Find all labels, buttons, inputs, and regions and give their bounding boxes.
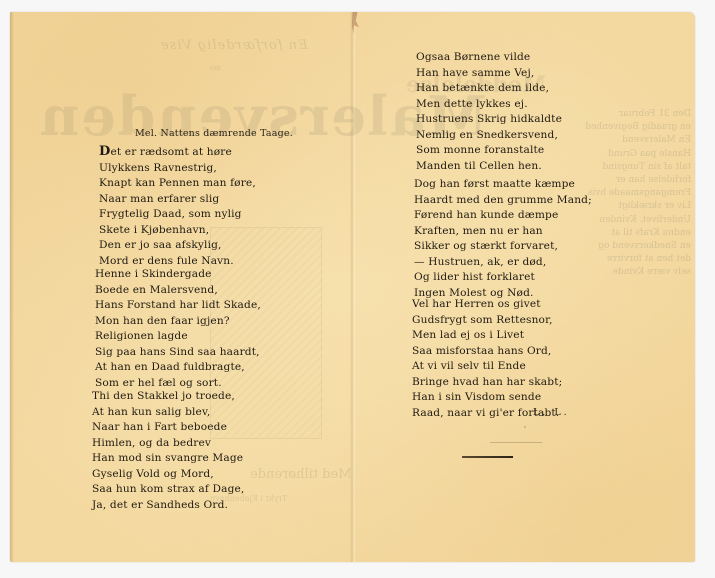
verse-line: Han i sin Visdom sende — [412, 390, 562, 406]
end-divider-rule — [462, 456, 513, 458]
verse-line: Sikker og stærkt forvaret, — [414, 239, 592, 255]
foxing-spot — [420, 87, 423, 90]
verse-line: Vel har Herren os givet — [412, 297, 562, 313]
verse-5: Dog han først maatte kæmpe Haardt med de… — [414, 177, 592, 301]
verse-4: Ogsaa Børnene vilde Han have samme Vej, … — [416, 50, 562, 174]
verse-line: Boede en Malersvend, — [95, 283, 261, 299]
verse-line: Thi den Stakkel jo troede, — [92, 389, 244, 405]
verse-line: Men lad ej os i Livet — [412, 328, 562, 344]
verse-line: Manden til Cellen hen. — [416, 159, 562, 175]
bleed-through-line: Hansle paa Grund — [571, 148, 691, 161]
verse-line: Mon han den faar igjen? — [95, 314, 261, 330]
verse-line: Hustruens Skrig hidkaldte — [416, 112, 562, 128]
bleed-through-title-small: En forfærdelig Vise — [160, 38, 308, 53]
bleed-through-line: En Malersvend — [571, 134, 691, 147]
melody-note: Mel. Nattens dæmrende Taage. — [135, 128, 293, 139]
verse-line: Hans Forstand har lidt Skade, — [95, 298, 261, 314]
verse-line: Den er jo saa afskylig, — [99, 238, 256, 254]
bleed-through-title-om: om — [210, 64, 221, 72]
verse-line: Saa misforstaa hans Ord, — [412, 344, 562, 360]
verse-line: Førend han kunde dæmpe — [414, 208, 592, 224]
verse-line: — Hustruen, ak, er død, — [414, 255, 592, 271]
verse-line: Som monne foranstalte — [416, 143, 562, 159]
verse-6: Vel har Herren os givet Gudsfrygt som Re… — [412, 297, 562, 421]
verse-line: Og lider hist forklaret — [414, 270, 592, 286]
verse-line: At han en Daad fuldbragte, — [95, 360, 261, 376]
verse-line: Religionen lagde — [95, 329, 261, 345]
verse-line: Men dette lykkes ej. — [416, 97, 562, 113]
verse-line: Henne i Skindergade — [95, 267, 261, 283]
verse-line: Gyselig Vold og Mord, — [92, 467, 244, 483]
verse-line: Ogsaa Børnene vilde — [416, 50, 562, 66]
author-signature: L. L. — [533, 407, 570, 418]
faint-divider-rule — [490, 442, 542, 443]
verse-line: At han kun salig blev, — [92, 405, 244, 421]
verse-line: Nemlig en Snedkersvend, — [416, 128, 562, 144]
left-page: En forfærdelig Vise om Malersvenden Med … — [10, 12, 350, 562]
verse-line: Sig paa hans Sind saa haardt, — [95, 345, 261, 361]
verse-line: Kraften, men nu er han — [414, 224, 592, 240]
verse-3: Thi den Stakkel jo troede, At han kun sa… — [92, 389, 244, 513]
bleed-through-line: en graadig Begivenhed — [571, 121, 691, 134]
ballad-sheet: En forfærdelig Vise om Malersvenden Med … — [10, 12, 695, 562]
verse-line: Det er rædsomt at høre — [99, 144, 256, 161]
verse-line: Han mod sin svangre Mage — [92, 451, 244, 467]
bleed-through-lower-line: Med tilhørende — [250, 467, 352, 482]
verse-line: Ja, det er Sandheds Ord. — [92, 498, 244, 514]
verse-line: Haardt med den grumme Mand; — [414, 193, 592, 209]
bleed-through-line: Den 31 Februar — [571, 108, 691, 121]
verse-line: Skete i Kjøbenhavn, — [99, 223, 256, 239]
verse-line: Ulykkens Ravnestrig, — [99, 161, 256, 177]
bleed-through-line: talt af sin Tungsind — [571, 161, 691, 174]
verse-line: Knapt kan Pennen man føre, — [99, 176, 256, 192]
verse-line: Gudsfrygt som Rettesnor, — [412, 313, 562, 329]
verse-line: Bringe hvad han har skabt; — [412, 375, 562, 391]
verse-line: Himlen, og da bedrev — [92, 436, 244, 452]
right-page: Meddelelse Den 31 Februar en graadig Beg… — [356, 12, 695, 562]
verse-line: Naar han i Fart beboede — [92, 420, 244, 436]
foxing-spot — [524, 426, 526, 428]
verse-line: Dog han først maatte kæmpe — [414, 177, 592, 193]
verse-line: Han betænkte dem ilde, — [416, 81, 562, 97]
verse-line: Frygtelig Daad, som nylig — [99, 207, 256, 223]
verse-line: Saa hun kom strax af Dage, — [92, 482, 244, 498]
verse-line: At vi vil selv til Ende — [412, 359, 562, 375]
verse-1: Det er rædsomt at høre Ulykkens Ravnestr… — [99, 144, 256, 269]
verse-line: Han have samme Vej, — [416, 66, 562, 82]
verse-line: Naar man erfarer slig — [99, 192, 256, 208]
verse-2: Henne i Skindergade Boede en Malersvend,… — [95, 267, 261, 391]
